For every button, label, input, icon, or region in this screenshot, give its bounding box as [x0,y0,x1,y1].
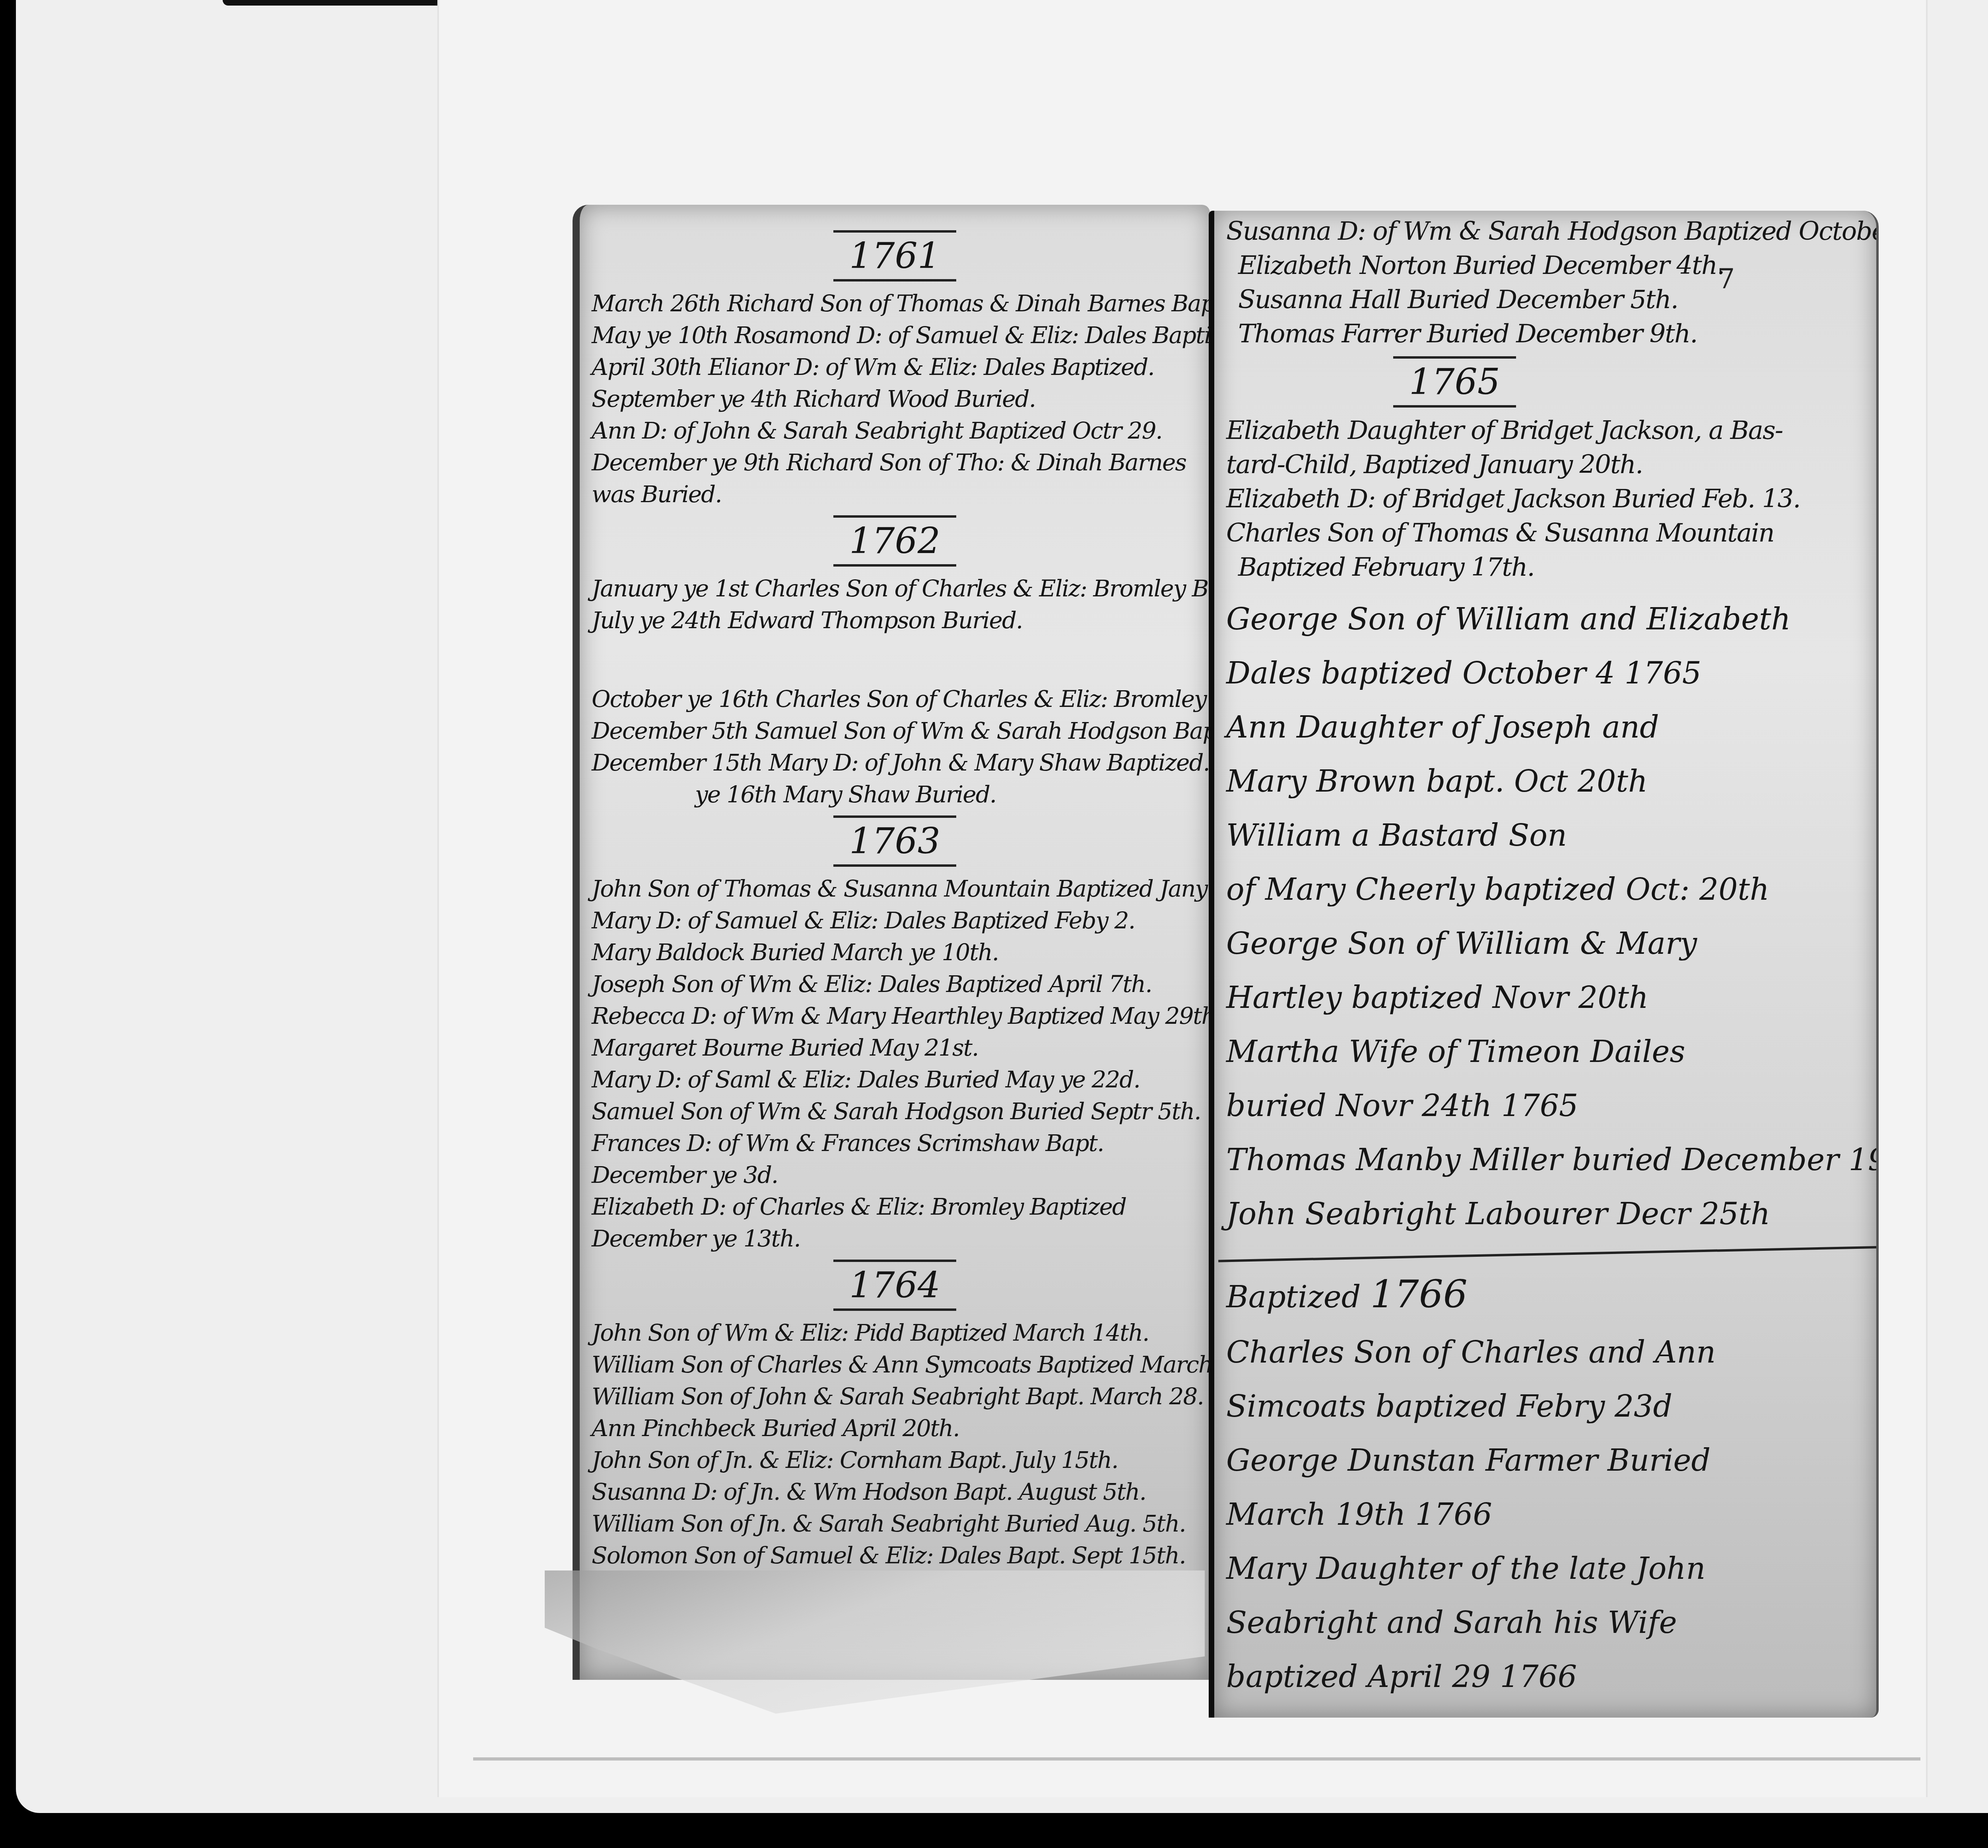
register-entry: Ann Pinchbeck Buried April 20th. [592,1417,1198,1440]
register-entry: Mary D: of Saml & Eliz: Dales Buried May… [592,1068,1198,1091]
register-entry: September ye 4th Richard Wood Buried. [592,387,1198,410]
year-heading: 1765 [1393,356,1864,408]
register-entry: of Mary Cheerly baptized Oct: 20th [1226,874,1864,905]
register-entry: John Seabright Labourer Decr 25th [1226,1199,1864,1229]
register-entry: Mary D: of Samuel & Eliz: Dales Baptized… [592,909,1198,932]
right-page-entries: Susanna D: of Wm & Sarah Hodgson Baptize… [1226,219,1864,1716]
register-entry: Dales baptized October 4 1765 [1226,658,1864,688]
left-page-entries: 1761 March 26th Richard Son of Thomas & … [592,221,1198,1576]
register-entry: Susanna D: of Jn. & Wm Hodson Bapt. Augu… [592,1480,1198,1503]
section-divider [1218,1246,1879,1262]
register-entry: Solomon Son of Samuel & Eliz: Dales Bapt… [592,1544,1198,1567]
register-entry: George Son of William and Elizabeth [1226,604,1864,634]
register-entry: Ann D: of John & Sarah Seabright Baptize… [592,419,1198,442]
register-entry: William Son of John & Sarah Seabright Ba… [592,1385,1198,1408]
register-entry: tard-Child, Baptized January 20th. [1226,452,1864,478]
register-entry: John Son of Wm & Eliz: Pidd Baptized Mar… [592,1321,1198,1344]
register-entry: George Dunstan Farmer Buried [1226,1445,1864,1475]
register-entry: baptized April 29 1766 [1226,1662,1864,1692]
register-entry: Samuel Son of Wm & Sarah Hodgson Buried … [592,1100,1198,1123]
register-entry: Elizabeth D: of Charles & Eliz: Bromley … [592,1195,1198,1218]
register-entry: John Son of Thomas & Susanna Mountain Ba… [592,877,1198,900]
register-entry: October ye 16th Charles Son of Charles &… [592,687,1198,710]
register-entry: December ye 3d. [592,1163,1198,1186]
register-entry: March 19th 1766 [1226,1499,1864,1530]
register-entry: Joseph Son of Wm & Eliz: Dales Baptized … [592,973,1198,996]
register-entry: Charles Son of Charles and Ann [1226,1337,1864,1367]
register-entry: March 26th Richard Son of Thomas & Dinah… [592,292,1198,315]
register-entry: Elizabeth D: of Bridget Jackson Buried F… [1226,486,1864,512]
register-entry: Charles Son of Thomas & Susanna Mountain [1226,520,1864,546]
register-entry: April 30th Elianor D: of Wm & Eliz: Dale… [592,355,1198,379]
register-entry: Baptized February 17th. [1238,555,1864,580]
year-heading: 1763 [592,815,1198,867]
year-heading: Baptized 1766 [1226,1275,1864,1313]
register-entry: December ye 13th. [592,1227,1198,1250]
register-entry: Thomas Manby Miller buried December 19th [1226,1145,1864,1175]
register-entry: Mary Daughter of the late John [1226,1553,1864,1584]
register-entry: was Buried. [592,483,1198,506]
register-entry: buried Novr 24th 1765 [1226,1091,1864,1121]
register-entry: William a Bastard Son [1226,820,1864,850]
register-entry: May ye 10th Rosamond D: of Samuel & Eliz… [592,324,1198,347]
register-entry: Mary Brown bapt. Oct 20th [1226,766,1864,796]
register-entry: Elizabeth Daughter of Bridget Jackson, a… [1226,418,1864,443]
register-entry: George Son of William & Mary [1226,928,1864,959]
register-entry: July ye 24th Edward Thompson Buried. [592,609,1198,632]
register-entry: Martha Wife of Timeon Dailes [1226,1037,1864,1067]
register-entry: Margaret Bourne Buried May 21st. [592,1036,1198,1059]
register-entry: Susanna D: of Wm & Sarah Hodgson Baptize… [1226,219,1864,244]
register-entry: William Son of Charles & Ann Symcoats Ba… [592,1353,1198,1376]
register-entry: Mary Baldock Buried March ye 10th. [592,941,1198,964]
register-entry: December 5th Samuel Son of Wm & Sarah Ho… [592,719,1198,742]
register-entry: William Son of Jn. & Sarah Seabright Bur… [592,1512,1198,1535]
year-heading: 1762 [592,515,1198,567]
register-entry: John Son of Jn. & Eliz: Cornham Bapt. Ju… [592,1448,1198,1471]
register-entry: Simcoats baptized Febry 23d [1226,1391,1864,1421]
register-entry: Frances D: of Wm & Frances Scrimshaw Bap… [592,1132,1198,1155]
register-page-left: 1761 March 26th Richard Son of Thomas & … [573,205,1210,1680]
register-entry: Rebecca D: of Wm & Mary Hearthley Baptiz… [592,1004,1198,1027]
register-entry: December 15th Mary D: of John & Mary Sha… [592,751,1198,774]
register-entry: January ye 1st Charles Son of Charles & … [592,577,1198,600]
register-entry: Thomas Farrer Buried December 9th. [1238,321,1864,347]
register-page-right: 7 Susanna D: of Wm & Sarah Hodgson Bapti… [1209,211,1879,1718]
mount-edge-line [473,1757,1920,1761]
register-entry: December ye 9th Richard Son of Tho: & Di… [592,451,1198,474]
register-entry: Ann Daughter of Joseph and [1226,712,1864,742]
register-entry: Hartley baptized Novr 20th [1226,982,1864,1013]
register-entry: Seabright and Sarah his Wife [1226,1607,1864,1638]
year-heading: 1764 [592,1260,1198,1311]
register-entry: ye 16th Mary Shaw Buried. [695,783,1198,806]
register-entry: Susanna Hall Buried December 5th. [1238,287,1864,313]
register-entry: Elizabeth Norton Buried December 4th. [1238,253,1864,278]
year-heading: 1761 [592,230,1198,281]
